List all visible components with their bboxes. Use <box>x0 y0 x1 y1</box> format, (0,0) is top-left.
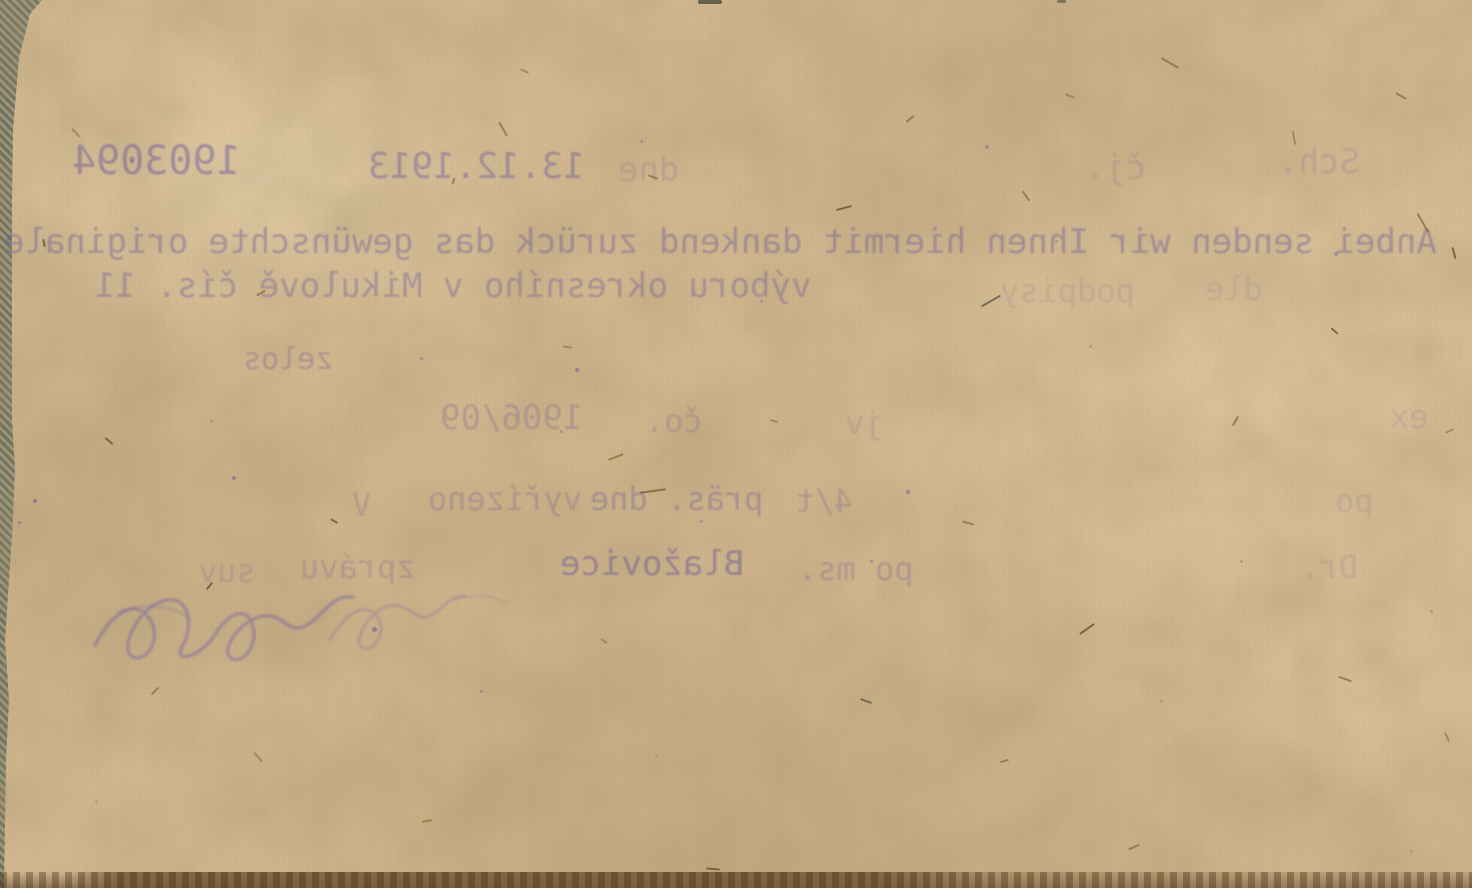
ink-speck <box>906 490 910 494</box>
top-edge-nick <box>698 0 722 4</box>
ink-speck <box>1240 560 1243 563</box>
ink-speck <box>575 368 579 372</box>
ink-speck <box>1055 240 1058 243</box>
ink-speck <box>130 160 134 164</box>
ink-speck <box>33 499 37 503</box>
ink-speck <box>372 627 377 632</box>
ink-speck <box>655 755 658 758</box>
scanned-card-back: 190309413.12.1913dnečj.Sch.Anbei senden … <box>0 0 1472 888</box>
ink-speck <box>985 145 989 149</box>
ink-speck <box>1160 700 1163 703</box>
ink-speck <box>760 300 763 303</box>
ink-speck <box>1089 345 1092 348</box>
ink-speck <box>700 520 703 523</box>
top-edge-nick <box>1057 0 1066 3</box>
ink-speck <box>210 420 213 423</box>
ink-speck <box>95 800 98 803</box>
signature-scrawl <box>0 0 1472 888</box>
ink-speck <box>1410 850 1413 853</box>
card-bottom-edge-shadow <box>0 872 1472 888</box>
ink-speck <box>1334 252 1338 256</box>
